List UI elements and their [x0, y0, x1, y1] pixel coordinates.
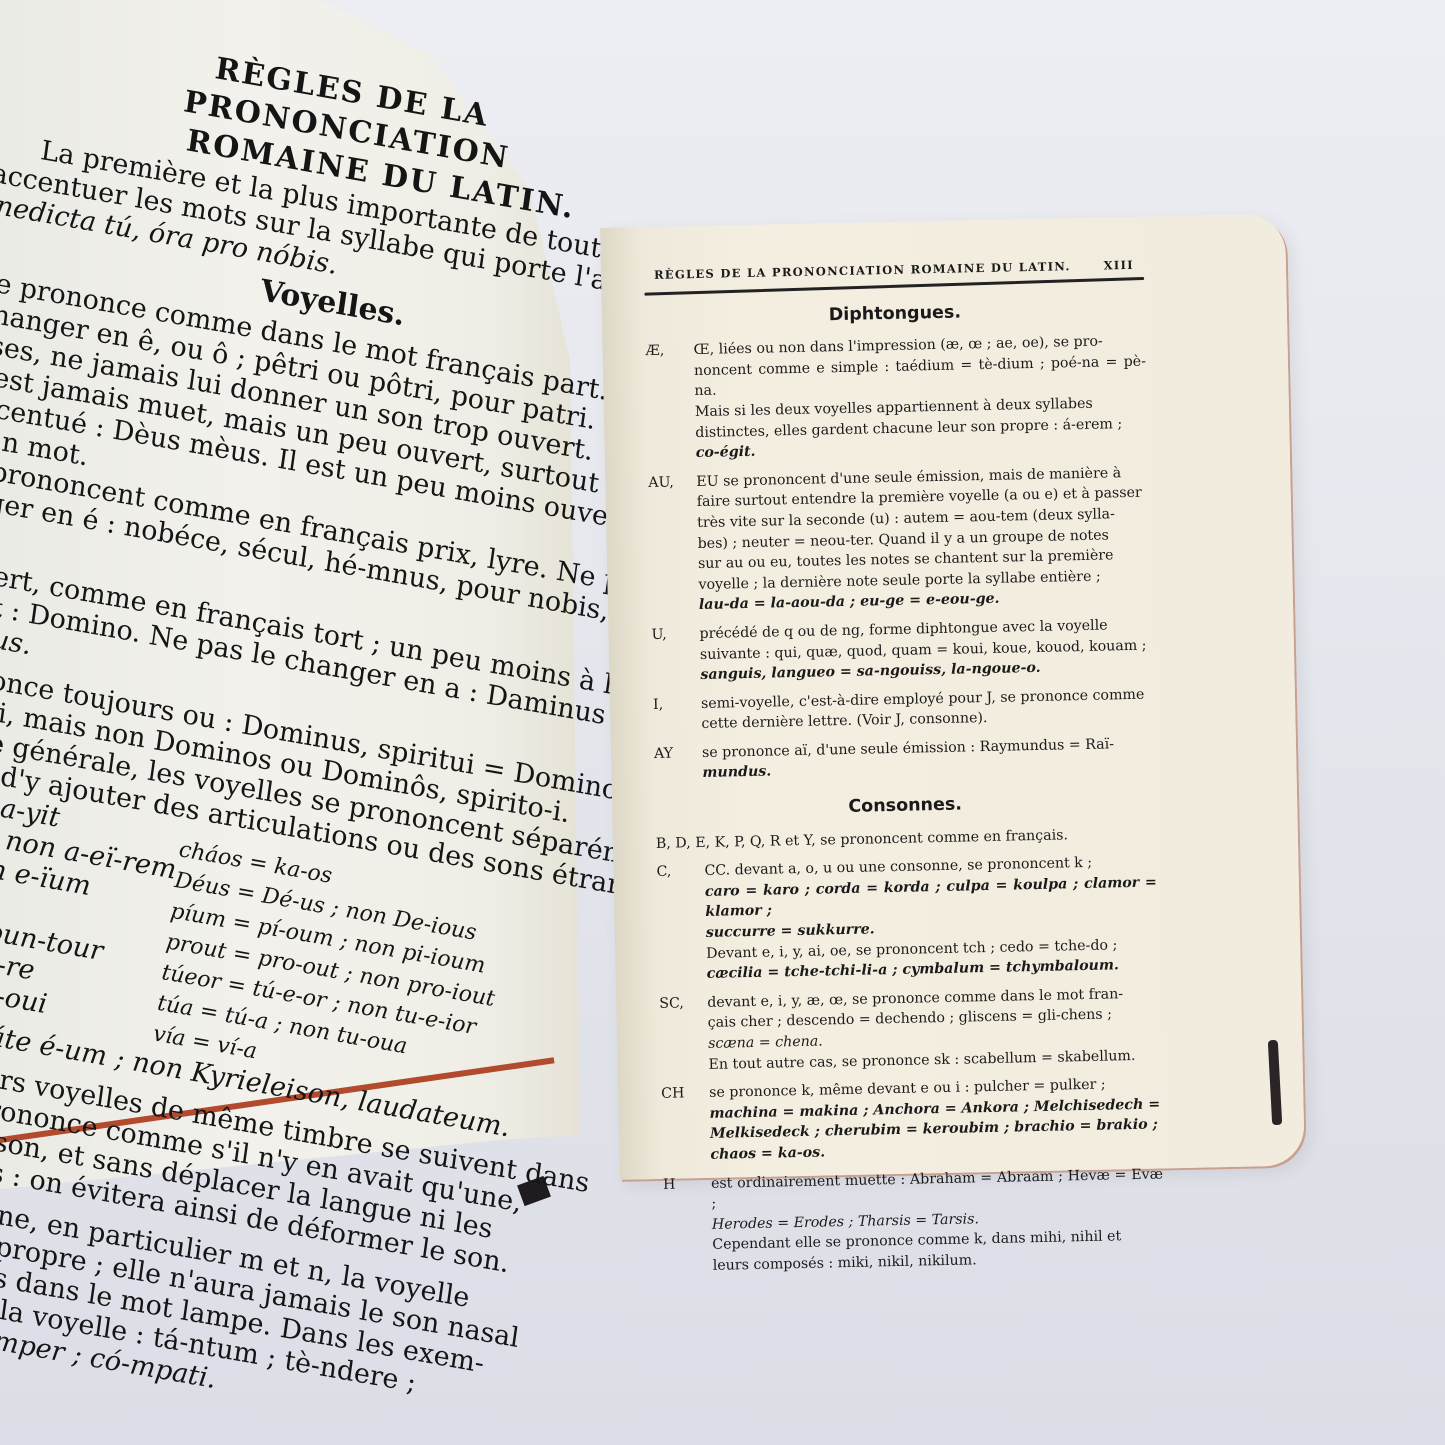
page-number: XIII	[1103, 255, 1134, 276]
entry-ch: CH se prononce k, même devant e ou i : p…	[661, 1074, 1163, 1167]
section-title-diphtongues: Diphtongues.	[645, 298, 1145, 329]
section-title-consonnes: Consonnes.	[655, 791, 1155, 822]
entry-ay: AY se prononce aï, d'une seule émission …	[654, 733, 1155, 785]
photo-scene: RÈGLES DE LA PRONONCIATION ROMAINE DU LA…	[0, 0, 1445, 1445]
entry-ae-oe: Æ, Œ, liées ou non dans l'impression (æ,…	[645, 331, 1147, 465]
entry-label: Æ,	[645, 340, 696, 465]
entry-h: H est ordinairement muette : Abraham = A…	[663, 1164, 1165, 1277]
entry-label: AY	[654, 743, 703, 785]
consonnes-intro: B, D, E, K, P, Q, R et Y, se prononcent …	[656, 823, 1156, 854]
entry-label: C,	[656, 861, 707, 986]
right-page: RÈGLES DE LA PRONONCIATION ROMAINE DU LA…	[600, 214, 1305, 1180]
entry-i: I, semi-voyelle, c'est-à-dire employé po…	[653, 684, 1154, 736]
entry-sc: SC, devant e, i, y, æ, œ, se prononce co…	[659, 983, 1161, 1076]
entry-label: AU,	[648, 472, 699, 617]
entry-label: CH	[661, 1083, 711, 1166]
left-page-text: RÈGLES DE LA PRONONCIATION ROMAINE DU LA…	[0, 10, 601, 1431]
entry-label: H	[663, 1173, 713, 1277]
entry-u: U, précédé de q ou de ng, forme diphtong…	[651, 614, 1152, 686]
entry-label: SC,	[659, 993, 709, 1076]
entry-label: I,	[653, 694, 702, 736]
entry-au-eu: AU, EU se prononcent d'une seule émissio…	[648, 462, 1151, 617]
right-page-text: RÈGLES DE LA PRONONCIATION ROMAINE DU LA…	[644, 255, 1165, 1286]
running-head: RÈGLES DE LA PRONONCIATION ROMAINE DU LA…	[644, 255, 1144, 288]
entry-c-cc: C, CC. devant a, o, u ou une consonne, s…	[656, 852, 1158, 986]
entry-label: U,	[651, 624, 700, 687]
